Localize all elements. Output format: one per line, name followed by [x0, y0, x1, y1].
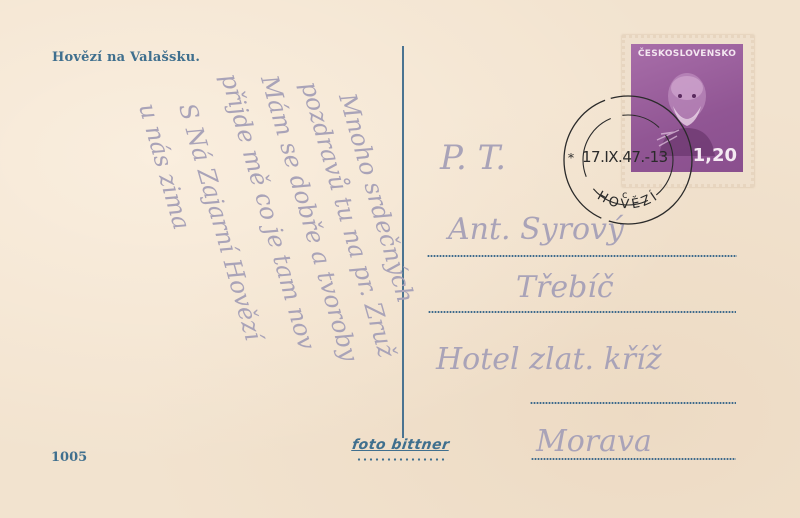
- address-line: [428, 311, 736, 313]
- postmark-town: HOVĚZÍ: [594, 187, 662, 212]
- stamp-country: ČESKOSLOVENSKO: [631, 49, 743, 59]
- svg-text:HOVĚZÍ: HOVĚZÍ: [594, 187, 662, 212]
- postmark-star: *: [568, 151, 574, 165]
- address-region: Morava: [536, 424, 652, 459]
- handwritten-message: Mnoho srdečných pozdravů tu na pr. Zruž …: [60, 20, 400, 510]
- postmark-date: 17.IX.47.-13: [582, 148, 668, 166]
- address-city: Třebíč: [516, 270, 614, 305]
- address-line: [531, 458, 736, 460]
- stamp-value: 1,20: [693, 145, 737, 166]
- address-line: [530, 402, 736, 404]
- postcard-back: Hovězí na Valašsku. 1005 foto bittner Mn…: [0, 0, 800, 518]
- address-street: Hotel zlat. kříž: [436, 342, 662, 377]
- address-line: [427, 255, 737, 257]
- address-salutation: P. T.: [440, 138, 506, 178]
